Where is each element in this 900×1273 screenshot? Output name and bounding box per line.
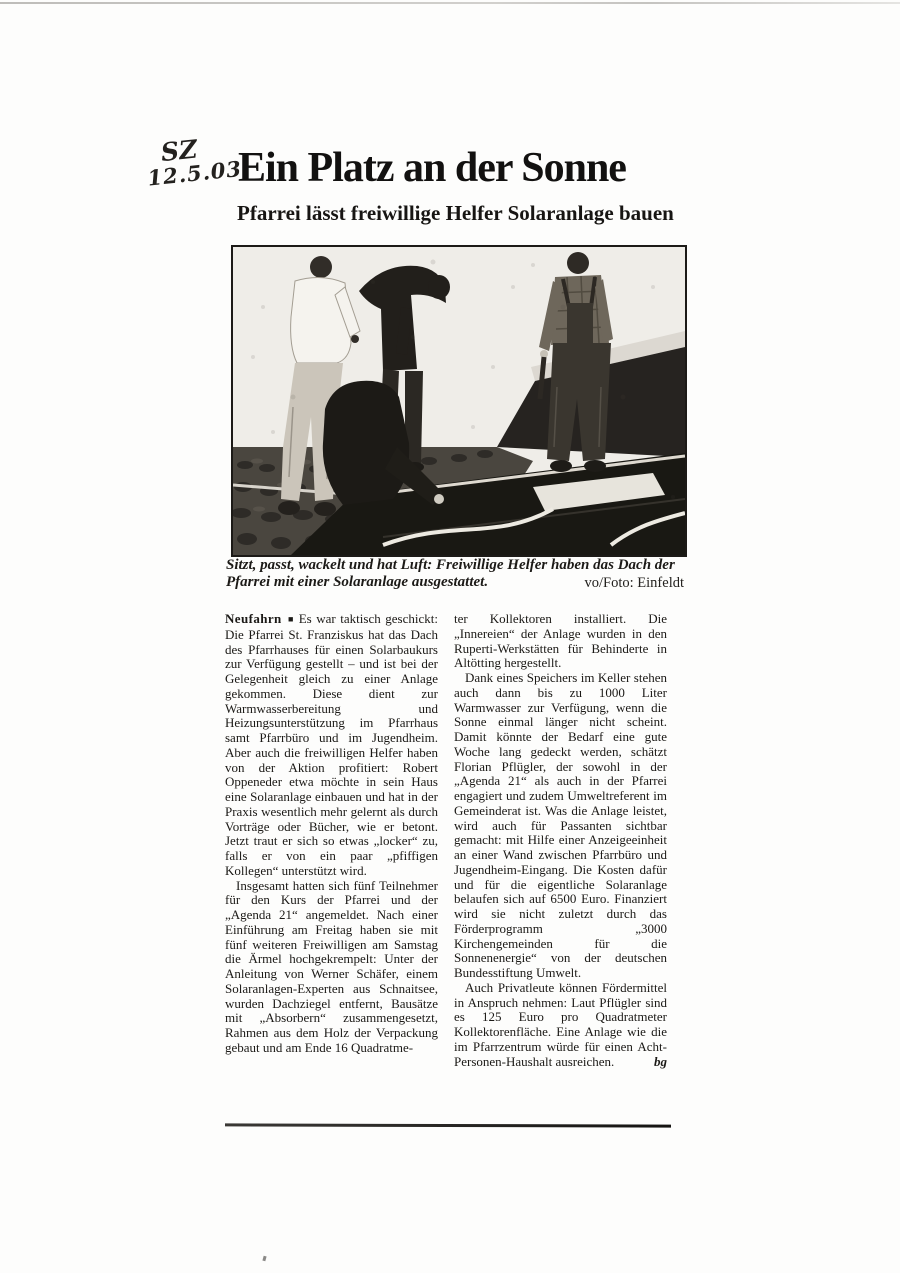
dateline-square-icon: ■ — [287, 614, 295, 624]
article-paragraph: ter Kollektoren installiert. Die „Innere… — [454, 612, 667, 671]
photo-credit: vo/Foto: Einfeldt — [585, 575, 684, 592]
bottom-rule — [225, 1123, 671, 1127]
author-initials: bg — [635, 1055, 667, 1070]
article-paragraph: Neufahrn■Es war taktisch geschickt: Die … — [225, 612, 438, 879]
subheadline: Pfarrei lässt freiwillige Helfer Solaran… — [237, 201, 674, 226]
article-paragraph: Auch Privatleute können Fördermittel in … — [454, 981, 667, 1070]
article-column-right: ter Kollektoren installiert. Die „Innere… — [454, 612, 667, 1069]
article-paragraph: Insgesamt hatten sich fünf Teilnehmer fü… — [225, 879, 438, 1056]
scan-artifact-line — [0, 2, 900, 4]
photo-caption-block: Sitzt, passt, wackelt und hat Luft: Frei… — [226, 557, 686, 593]
article-photo — [231, 245, 687, 557]
newspaper-clipping-page: SZ 12.5.03 Ein Platz an der Sonne Pfarre… — [0, 0, 900, 1273]
scan-speck — [262, 1256, 266, 1262]
headline: Ein Platz an der Sonne — [238, 144, 626, 192]
roof-photo-illustration — [233, 247, 685, 555]
dateline: Neufahrn — [225, 611, 282, 626]
article-paragraph: Dank eines Speichers im Keller stehen au… — [454, 671, 667, 981]
article-body: Neufahrn■Es war taktisch geschickt: Die … — [225, 612, 668, 1069]
article-column-left: Neufahrn■Es war taktisch geschickt: Die … — [225, 612, 438, 1069]
